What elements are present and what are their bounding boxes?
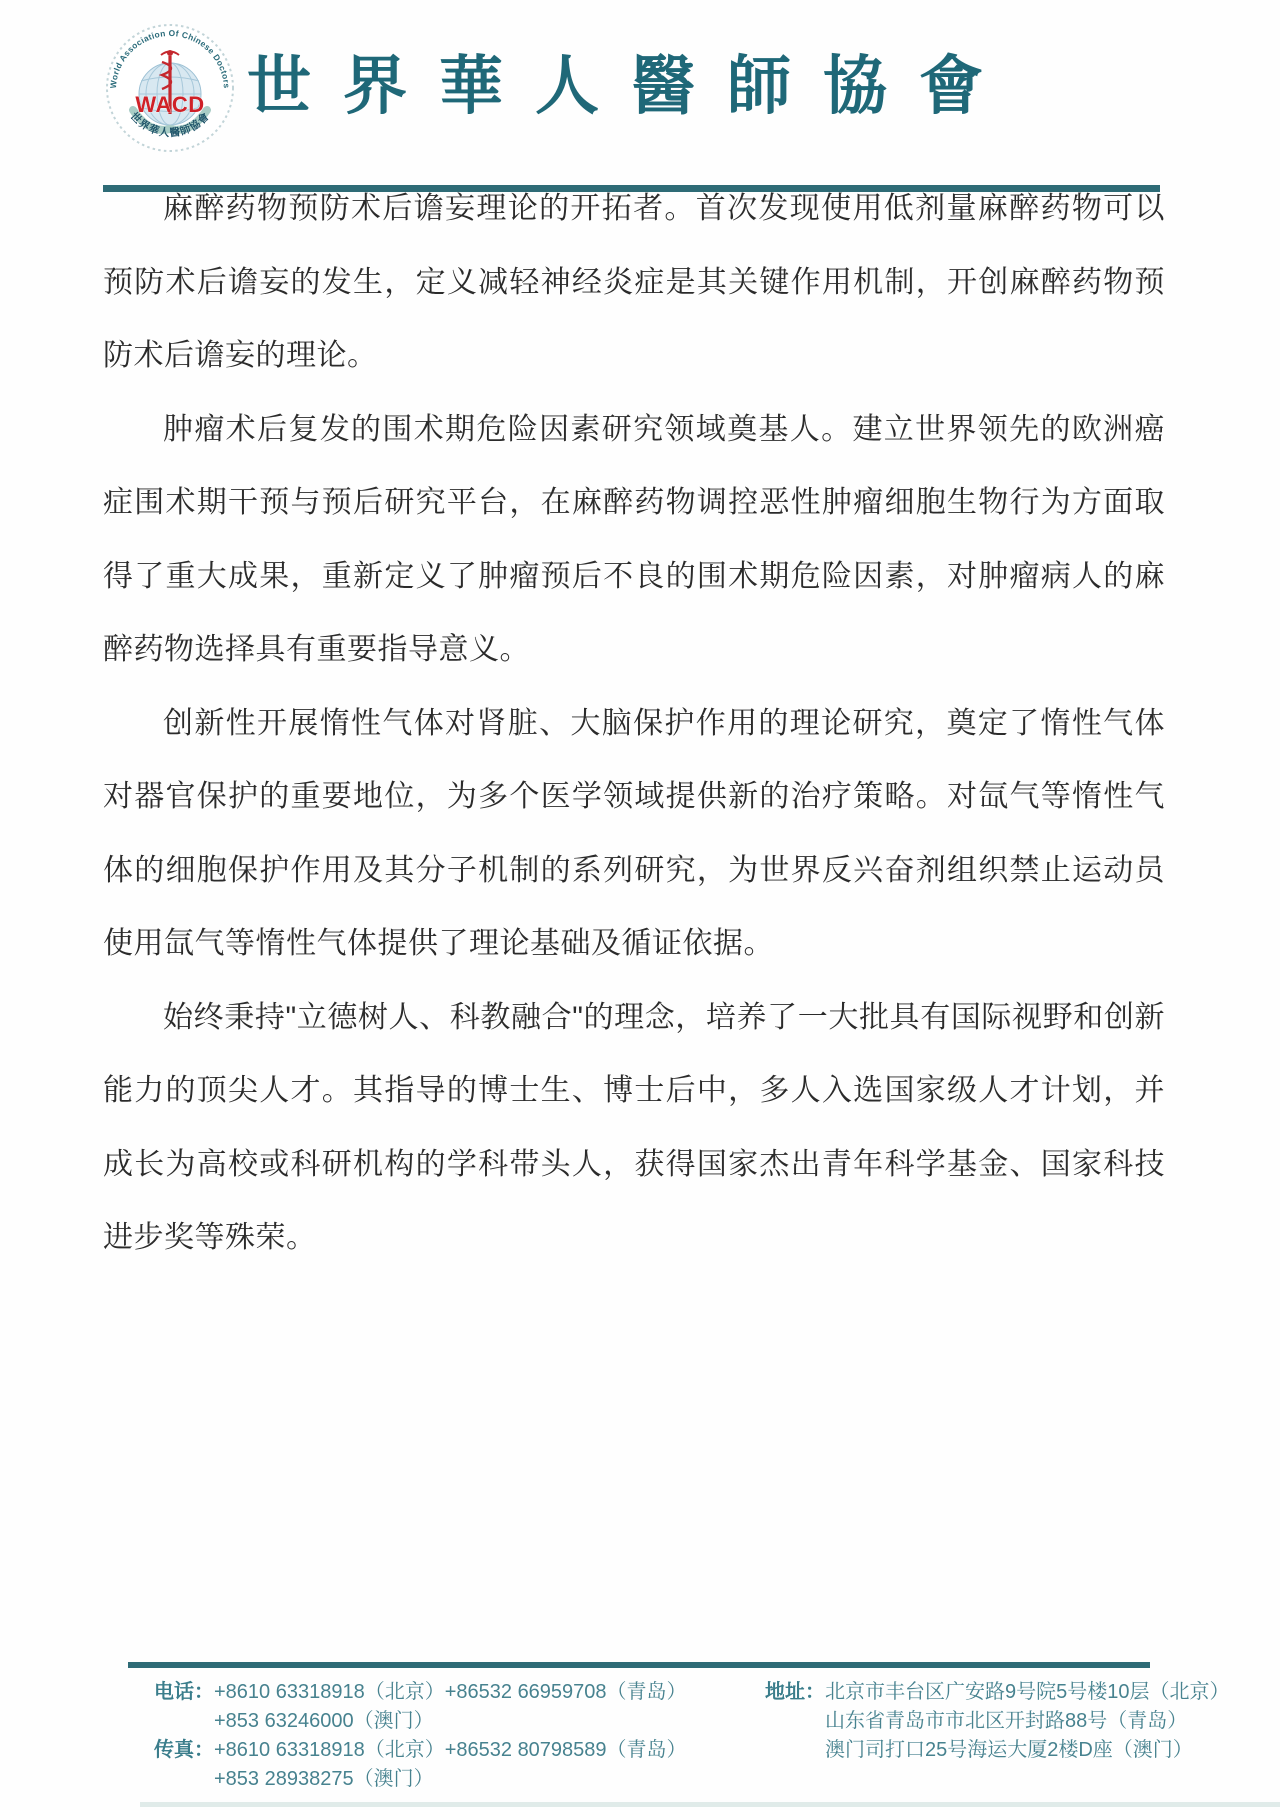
wacd-logo: WACD World Association Of Chinese Doctor…: [104, 22, 236, 154]
paragraph-inert-gas: 创新性开展惰性气体对肾脏、大脑保护作用的理论研究，奠定了惰性气体对器官保护的重要…: [103, 687, 1165, 981]
address-line-macau: 澳门司打口25号海运大厦2楼D座（澳门）: [825, 1736, 1230, 1765]
org-title: 世界華人醫師協會: [247, 44, 1015, 128]
footer-address-column: 地址： 北京市丰台区广安路9号院5号楼10层（北京） 山东省青岛市市北区开封路8…: [765, 1678, 1230, 1765]
letter-page: WACD World Association Of Chinese Doctor…: [0, 0, 1280, 1810]
address-line-qingdao: 山东省青岛市市北区开封路88号（青岛）: [825, 1707, 1230, 1736]
fax-label: 传真：: [154, 1736, 214, 1765]
bottom-accent-line: [140, 1802, 1280, 1807]
fax-line-1: +8610 63318918（北京）+86532 80798589（青岛）: [214, 1736, 687, 1765]
paragraph-tumor-recurrence: 肿瘤术后复发的围术期危险因素研究领域奠基人。建立世界领先的欧洲癌症围术期干预与预…: [103, 393, 1165, 687]
address-label: 地址：: [765, 1678, 825, 1707]
footer-phone-fax-column: 电话： +8610 63318918（北京）+86532 66959708（青岛…: [154, 1678, 687, 1794]
address-line-beijing: 北京市丰台区广安路9号院5号楼10层（北京）: [825, 1678, 1230, 1707]
footer-divider: [128, 1662, 1150, 1668]
logo-acronym: WACD: [135, 92, 204, 117]
phone-line-2: +853 63246000（澳门）: [214, 1707, 687, 1736]
paragraph-anesthesia-delirium: 麻醉药物预防术后谵妄理论的开拓者。首次发现使用低剂量麻醉药物可以预防术后谵妄的发…: [103, 172, 1165, 393]
phone-line-1: +8610 63318918（北京）+86532 66959708（青岛）: [214, 1678, 687, 1707]
fax-row: 传真： +8610 63318918（北京）+86532 80798589（青岛…: [154, 1736, 687, 1794]
phone-row: 电话： +8610 63318918（北京）+86532 66959708（青岛…: [154, 1678, 687, 1736]
address-row: 地址： 北京市丰台区广安路9号院5号楼10层（北京） 山东省青岛市市北区开封路8…: [765, 1678, 1230, 1765]
phone-label: 电话：: [154, 1678, 214, 1707]
paragraph-talent-cultivation: 始终秉持"立德树人、科教融合"的理念，培养了一大批具有国际视野和创新能力的顶尖人…: [103, 981, 1165, 1275]
fax-line-2: +853 28938275（澳门）: [214, 1765, 687, 1794]
document-body: 麻醉药物预防术后谵妄理论的开拓者。首次发现使用低剂量麻醉药物可以预防术后谵妄的发…: [103, 172, 1165, 1275]
